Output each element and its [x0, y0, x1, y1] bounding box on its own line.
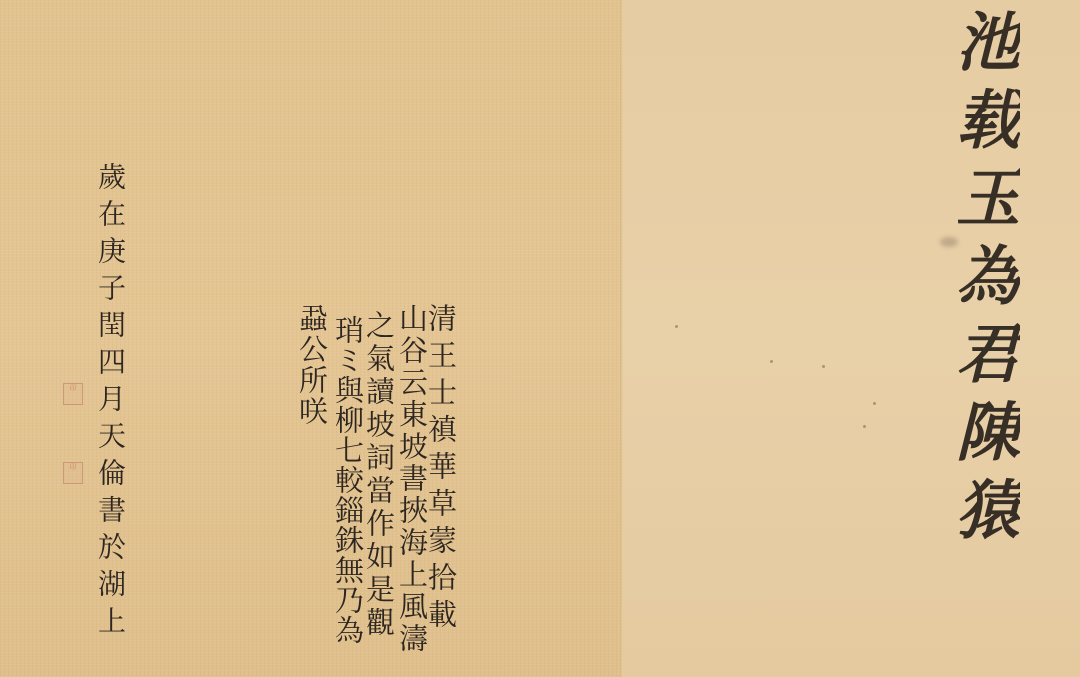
seal-upper: 印	[63, 383, 83, 405]
cursive-calligraphy-column: 池载玉為君陳猿	[950, 8, 1014, 554]
signature-column: 歲在庚子閏四月天倫書於湖上	[96, 162, 124, 643]
inscription-column-3: 之氣讀坡詞當作如是觀	[364, 310, 393, 640]
paper-speck	[863, 425, 866, 428]
paper-speck	[770, 360, 773, 363]
inscription-column-5: 蝨公所咲	[297, 303, 326, 427]
inscription-column-4: 琑ミ與柳七較錙銖無乃為	[333, 315, 362, 645]
paper-speck	[873, 402, 876, 405]
inscription-column-1: 清王士禛華草蒙拾載	[426, 303, 455, 636]
seal-lower: 印	[63, 462, 83, 484]
paper-speck	[822, 365, 825, 368]
paper-speck	[675, 325, 678, 328]
silk-panel-left: 歲在庚子閏四月天倫書於湖上 印 印 清王士禛華草蒙拾載 山谷云東坡書挾海上風濤 …	[0, 0, 622, 677]
paper-panel-right: 池载玉為君陳猿	[623, 0, 1080, 677]
inscription-column-2: 山谷云東坡書挾海上風濤	[397, 303, 426, 655]
